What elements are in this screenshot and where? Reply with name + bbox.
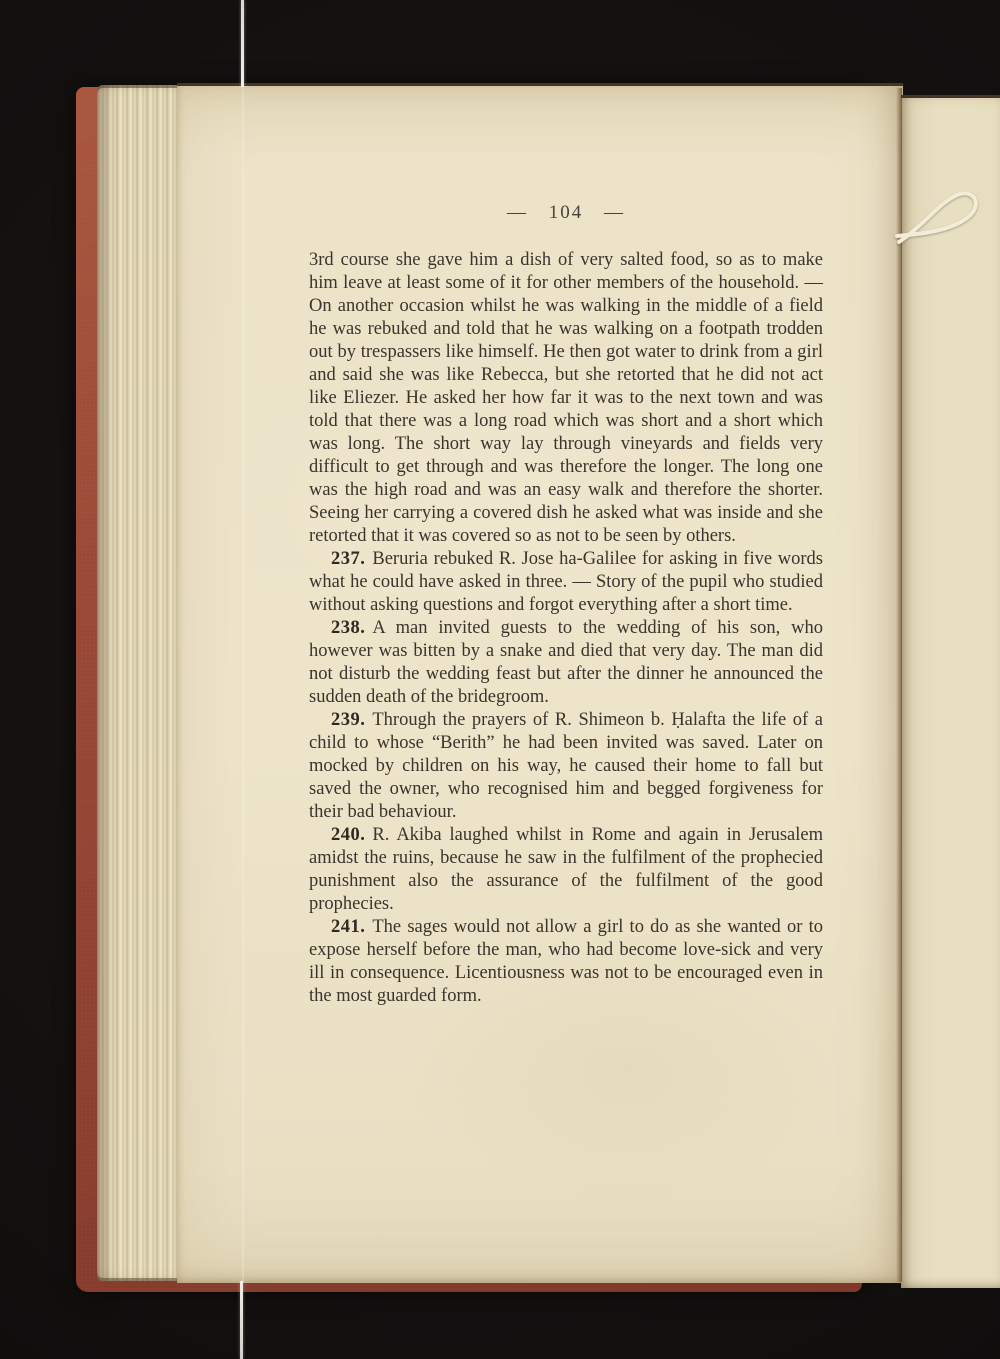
next-page-edge: [901, 95, 1000, 1288]
paragraph-text: Beruria rebuked R. Jose ha-Galilee for a…: [309, 549, 823, 615]
paragraph-240: 240.R. Akiba laughed whilst in Rome and …: [309, 824, 823, 916]
paragraph-239: 239.Through the prayers of R. Shimeon b.…: [309, 709, 823, 824]
paragraph-number: 237.: [331, 549, 365, 569]
cradle-thread-top: [241, 0, 244, 87]
paragraph-number: 239.: [331, 710, 365, 730]
paragraph-continuation: 3rd course she gave him a dish of very s…: [309, 249, 823, 548]
paragraph-237: 237.Beruria rebuked R. Jose ha-Galilee f…: [309, 548, 823, 617]
fanned-page-edges: [97, 85, 182, 1281]
paragraph-text: R. Akiba laughed whilst in Rome and agai…: [309, 825, 823, 914]
paragraph-text: Through the prayers of R. Shimeon b. Ḥal…: [309, 710, 823, 822]
cradle-thread-over-page: [242, 83, 244, 1282]
paragraph-text: The sages would not allow a girl to do a…: [309, 917, 823, 1006]
photo-background: — 104 — 3rd course she gave him a dish o…: [0, 0, 1000, 1359]
paragraph-number: 240.: [331, 825, 365, 845]
cradle-thread-bottom: [240, 1281, 243, 1359]
body-text: 3rd course she gave him a dish of very s…: [309, 249, 823, 1008]
paragraph-number: 238.: [331, 618, 365, 638]
paragraph-number: 241.: [331, 917, 365, 937]
paragraph-text: 3rd course she gave him a dish of very s…: [309, 250, 823, 546]
thread-loop: [883, 176, 999, 272]
paragraph-text: A man invited guests to the wedding of h…: [309, 618, 823, 707]
page-number: — 104 —: [309, 202, 823, 224]
page-content: — 104 — 3rd course she gave him a dish o…: [309, 202, 823, 1008]
paragraph-238: 238.A man invited guests to the wedding …: [309, 617, 823, 709]
paragraph-241: 241.The sages would not allow a girl to …: [309, 916, 823, 1008]
